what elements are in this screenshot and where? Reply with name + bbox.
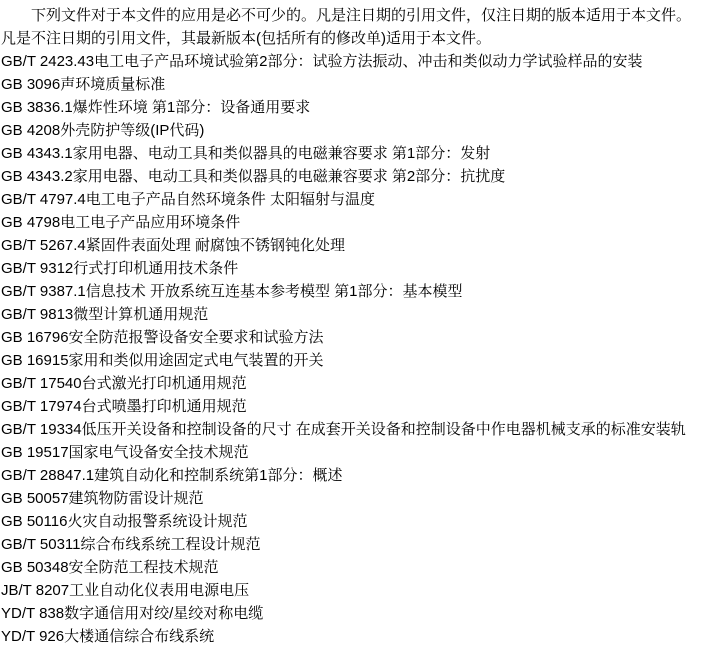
reference-line: YD/T 838数字通信用对绞/星绞对称电缆 — [1, 602, 702, 625]
reference-line: GB/T 9813微型计算机通用规范 — [1, 303, 702, 326]
reference-line: GB 16915家用和类似用途固定式电气装置的开关 — [1, 349, 702, 372]
reference-line: GB 4343.2家用电器、电动工具和类似器具的电磁兼容要求 第2部分：抗扰度 — [1, 165, 702, 188]
reference-line: GB 3096声环境质量标准 — [1, 73, 702, 96]
reference-line: GB/T 9387.1信息技术 开放系统互连基本参考模型 第1部分：基本模型 — [1, 280, 702, 303]
reference-line: YD/T 926大楼通信综合布线系统 — [1, 625, 702, 648]
reference-line: GB 50057建筑物防雷设计规范 — [1, 487, 702, 510]
reference-line: GB/T 17540台式激光打印机通用规范 — [1, 372, 702, 395]
reference-line: GB 50348安全防范工程技术规范 — [1, 556, 702, 579]
reference-line: GB/T 2423.43电工电子产品环境试验第2部分：试验方法振动、冲击和类似动… — [1, 50, 702, 73]
reference-line: GB 4208外壳防护等级(IP代码) — [1, 119, 702, 142]
reference-line: GB/T 19334低压开关设备和控制设备的尺寸 在成套开关设备和控制设备中作电… — [1, 418, 702, 441]
reference-line: GB 50116火灾自动报警系统设计规范 — [1, 510, 702, 533]
reference-line: GB/T 5267.4紧固件表面处理 耐腐蚀不锈钢钝化处理 — [1, 234, 702, 257]
reference-list: GB/T 2423.43电工电子产品环境试验第2部分：试验方法振动、冲击和类似动… — [1, 50, 702, 648]
reference-line: GB 4798电工电子产品应用环境条件 — [1, 211, 702, 234]
reference-line: GB 19517国家电气设备安全技术规范 — [1, 441, 702, 464]
reference-line: GB/T 28847.1建筑自动化和控制系统第1部分：概述 — [1, 464, 702, 487]
reference-line: GB/T 17974台式喷墨打印机通用规范 — [1, 395, 702, 418]
reference-line: GB 4343.1家用电器、电动工具和类似器具的电磁兼容要求 第1部分：发射 — [1, 142, 702, 165]
document-page: 下列文件对于本文件的应用是必不可少的。凡是注日期的引用文件，仅注日期的版本适用于… — [0, 0, 706, 665]
reference-line: JB/T 8207工业自动化仪表用电源电压 — [1, 579, 702, 602]
reference-line: GB 16796安全防范报警设备安全要求和试验方法 — [1, 326, 702, 349]
reference-line: GB/T 50311综合布线系统工程设计规范 — [1, 533, 702, 556]
intro-paragraph: 下列文件对于本文件的应用是必不可少的。凡是注日期的引用文件，仅注日期的版本适用于… — [1, 4, 702, 50]
reference-line: GB/T 9312行式打印机通用技术条件 — [1, 257, 702, 280]
reference-line: GB 3836.1爆炸性环境 第1部分：设备通用要求 — [1, 96, 702, 119]
reference-line: GB/T 4797.4电工电子产品自然环境条件 太阳辐射与温度 — [1, 188, 702, 211]
